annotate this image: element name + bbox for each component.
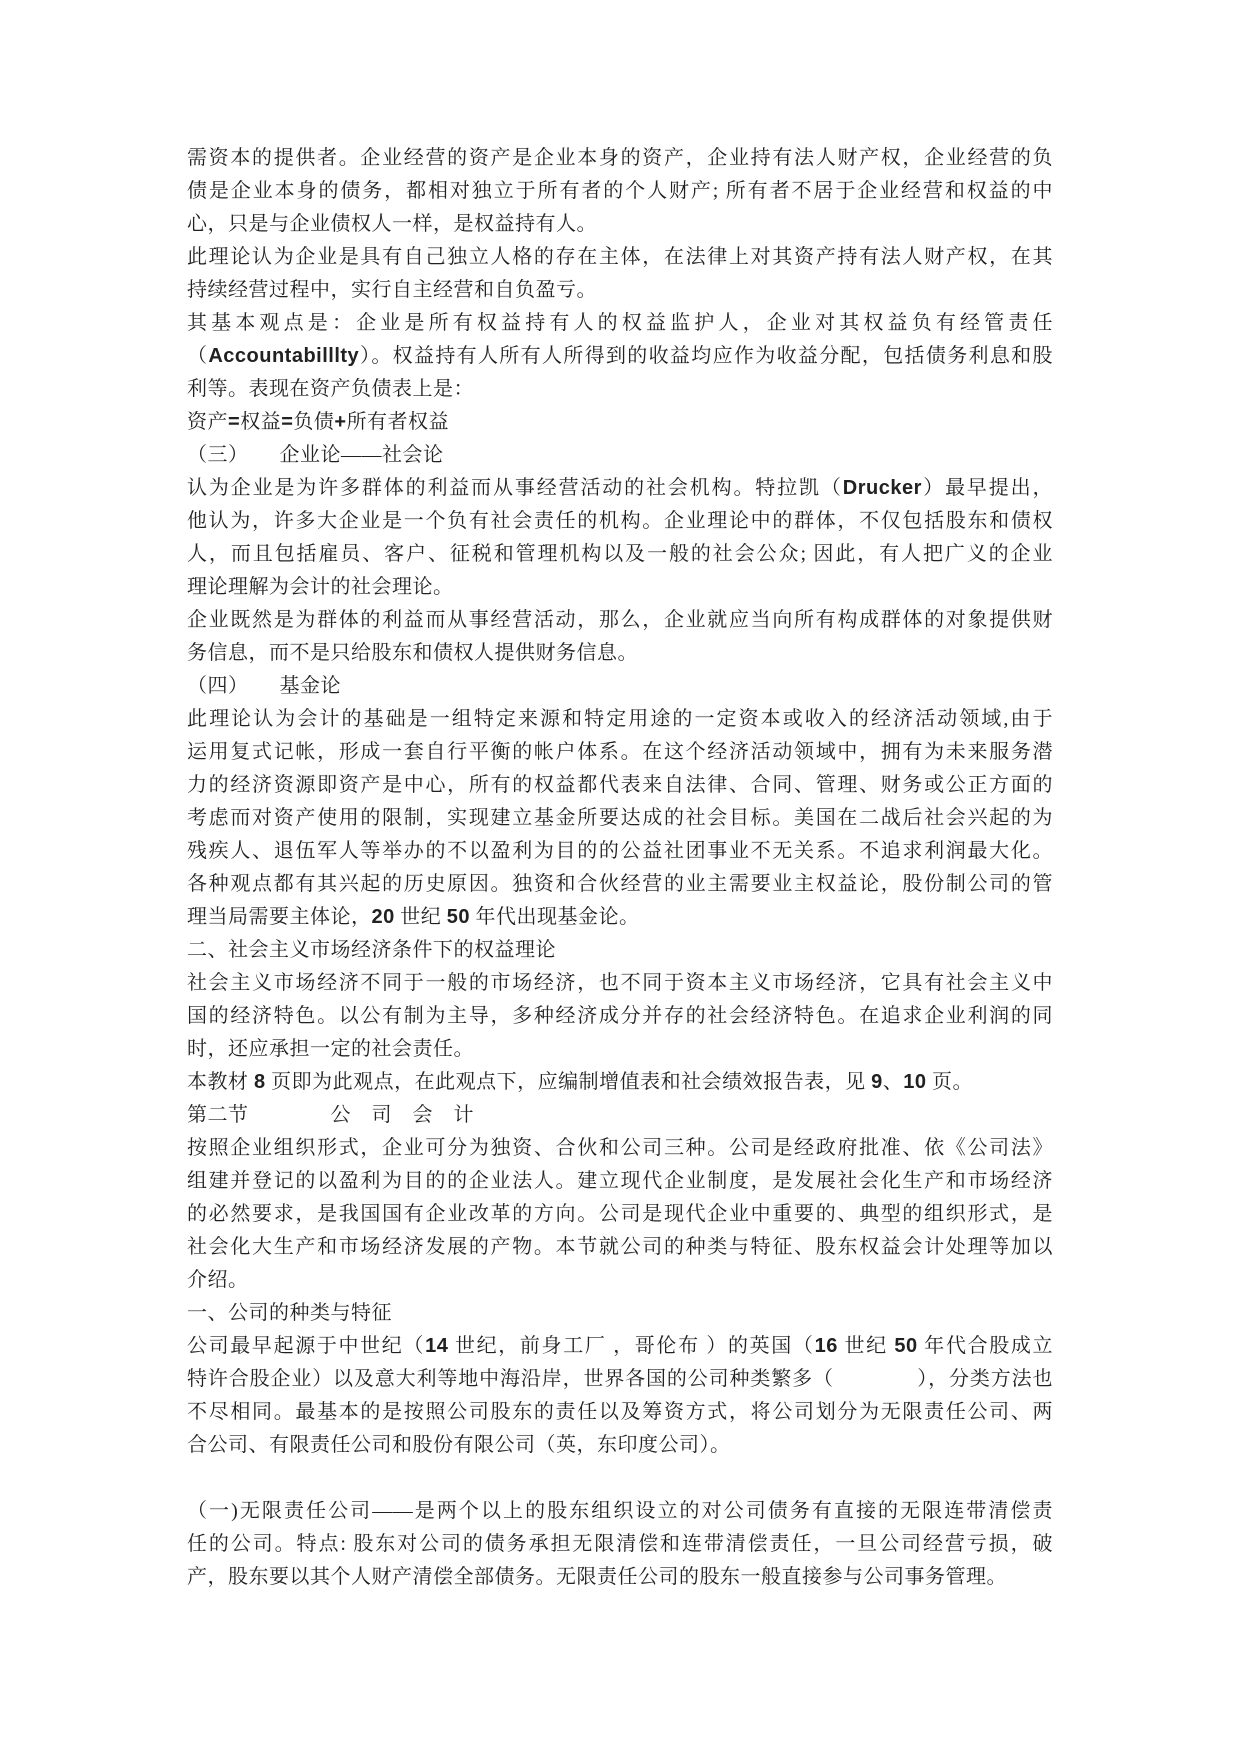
text-line: 资产=权益=负债+所有者权益 [187,406,1053,439]
latin-run: 20 [372,906,395,928]
text-line: 组建并登记的以盈利为目的的企业法人。建立现代企业制度，是发展社会化生产和市场经济 [187,1165,1053,1198]
text-block: 需资本的提供者。企业经营的资产是企业本身的资产，企业持有法人财产权，企业经营的负… [187,142,1053,1594]
text-line: 残疾人、退伍军人等举办的不以盈利为目的的公益社团事业不无关系。不追求利润最大化。 [187,835,1053,868]
text-line: 一、公司的种类与特征 [187,1297,1053,1330]
text-line: 考虑而对资产使用的限制，实现建立基金所要达成的社会目标。美国在二战后社会兴起的为 [187,802,1053,835]
text-line: 时，还应承担一定的社会责任。 [187,1033,1053,1066]
latin-run: Drucker [843,477,922,499]
text-line: 需资本的提供者。企业经营的资产是企业本身的资产，企业持有法人财产权，企业经营的负 [187,142,1053,175]
text-line: （三） 企业论——社会论 [187,439,1053,472]
text-line: 企业既然是为群体的利益而从事经营活动，那么，企业就应当向所有构成群体的对象提供财 [187,604,1053,637]
text-line: 产，股东要以其个人财产清偿全部债务。无限责任公司的股东一般直接参与公司事务管理。 [187,1561,1053,1594]
text-line: 各种观点都有其兴起的历史原因。独资和合伙经营的业主需要业主权益论，股份制公司的管 [187,868,1053,901]
text-line: 第二节 公 司 会 计 [187,1099,1053,1132]
text-line: 利等。表现在资产负债表上是： [187,373,1053,406]
text-line: （四） 基金论 [187,670,1053,703]
latin-run: 10 [903,1071,926,1093]
text-line: 介绍。 [187,1264,1053,1297]
latin-run: 14 [425,1335,448,1357]
text-line: 国的经济特色。以公有制为主导，多种经济成分并存的社会经济特色。在追求企业利润的同 [187,1000,1053,1033]
text-line: 务信息，而不是只给股东和债权人提供财务信息。 [187,637,1053,670]
text-line: 理论理解为会计的社会理论。 [187,571,1053,604]
text-line: 认为企业是为许多群体的利益而从事经营活动的社会机构。特拉凯（Drucker）最早… [187,472,1053,505]
text-line: 的必然要求，是我国国有企业改革的方向。公司是现代企业中重要的、典型的组织形式，是 [187,1198,1053,1231]
text-line: 不尽相同。最基本的是按照公司股东的责任以及筹资方式，将公司划分为无限责任公司、两 [187,1396,1053,1429]
text-line: 心，只是与企业债权人一样，是权益持有人。 [187,208,1053,241]
text-line [187,1462,1053,1495]
text-line: 此理论认为会计的基础是一组特定来源和特定用途的一定资本或收入的经济活动领域,由于 [187,703,1053,736]
text-line: 公司最早起源于中世纪（14 世纪，前身工厂 ，哥伦布 ）的英国（16 世纪 50… [187,1330,1053,1363]
text-line: （Accountabilllty）。权益持有人所有人所得到的收益均应作为收益分配… [187,340,1053,373]
text-line: 本教材 8 页即为此观点，在此观点下，应编制增值表和社会绩效报告表，见 9、10… [187,1066,1053,1099]
text-line: 人，而且包括雇员、客户、征税和管理机构以及一般的社会公众; 因此，有人把广义的企… [187,538,1053,571]
latin-run: 9 [871,1071,883,1093]
document-page: 需资本的提供者。企业经营的资产是企业本身的资产，企业持有法人财产权，企业经营的负… [0,0,1241,1754]
latin-run: 50 [894,1335,917,1357]
text-line: 运用复式记帐，形成一套自行平衡的帐户体系。在这个经济活动领域中，拥有为未来服务潜 [187,736,1053,769]
text-line: 理当局需要主体论，20 世纪 50 年代出现基金论。 [187,901,1053,934]
text-line: 二、社会主义市场经济条件下的权益理论 [187,934,1053,967]
text-line: 力的经济资源即资产是中心，所有的权益都代表来自法律、合同、管理、财务或公正方面的 [187,769,1053,802]
text-line: 任的公司。特点: 股东对公司的债务承担无限清偿和连带清偿责任，一旦公司经营亏损，… [187,1528,1053,1561]
text-line: 按照企业组织形式，企业可分为独资、合伙和公司三种。公司是经政府批准、依《公司法》 [187,1132,1053,1165]
latin-run: = [228,411,240,433]
text-line: 债是企业本身的债务，都相对独立于所有者的个人财产; 所有者不居于企业经营和权益的… [187,175,1053,208]
text-line: 持续经营过程中，实行自主经营和自负盈亏。 [187,274,1053,307]
text-line: 特许合股企业）以及意大利等地中海沿岸，世界各国的公司种类繁多（ ），分类方法也 [187,1363,1053,1396]
latin-run: 8 [254,1071,266,1093]
text-line: 社会主义市场经济不同于一般的市场经济，也不同于资本主义市场经济，它具有社会主义中 [187,967,1053,1000]
text-line: 此理论认为企业是具有自己独立人格的存在主体，在法律上对其资产持有法人财产权，在其 [187,241,1053,274]
latin-run: 50 [447,906,470,928]
text-line: 他认为，许多大企业是一个负有社会责任的机构。企业理论中的群体，不仅包括股东和债权 [187,505,1053,538]
latin-run: 16 [815,1335,838,1357]
text-line: （一)无限责任公司——是两个以上的股东组织设立的对公司债务有直接的无限连带清偿责 [187,1495,1053,1528]
latin-run: + [334,411,346,433]
latin-run: = [281,411,293,433]
text-line: 合公司、有限责任公司和股份有限公司（英，东印度公司）。 [187,1429,1053,1462]
latin-run: Accountabilllty [208,345,359,367]
text-line: 其基本观点是：企业是所有权益持有人的权益监护人，企业对其权益负有经管责任 [187,307,1053,340]
text-line: 社会化大生产和市场经济发展的产物。本节就公司的种类与特征、股东权益会计处理等加以 [187,1231,1053,1264]
